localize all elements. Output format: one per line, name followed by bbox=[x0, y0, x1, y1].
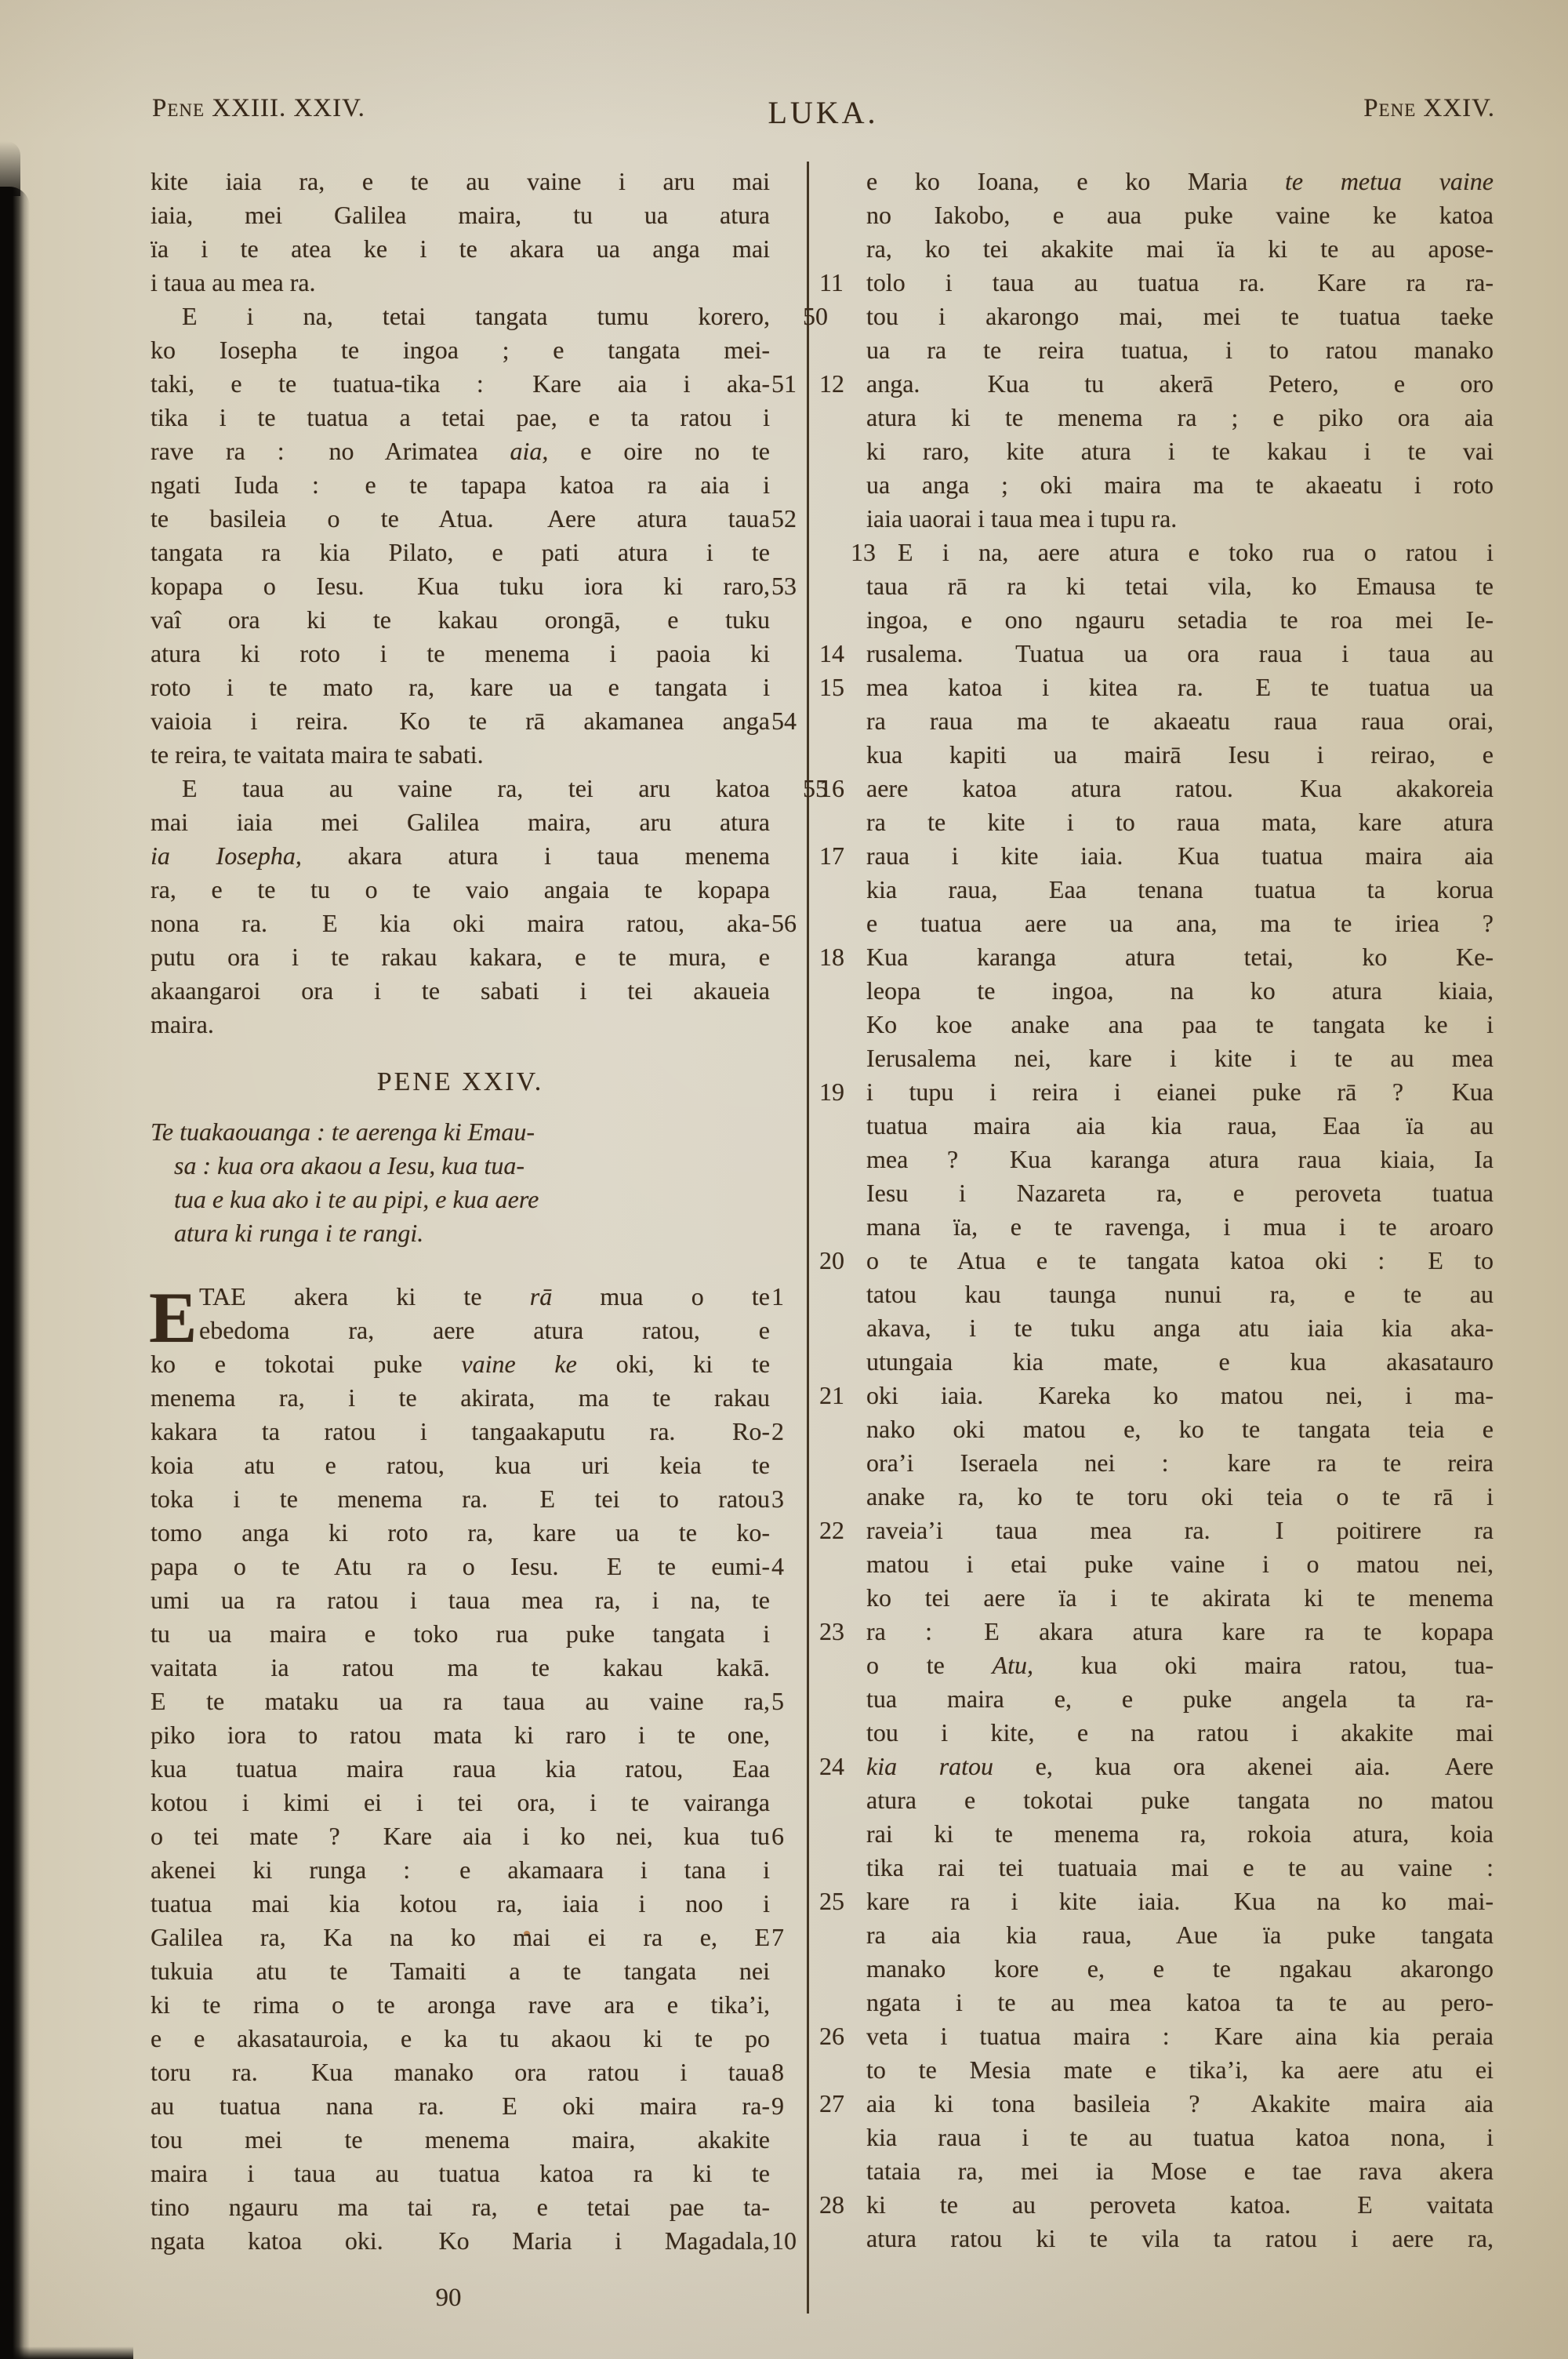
text-run: E te mataku ua ra taua au vaine ra, bbox=[151, 1687, 770, 1715]
text-run: anake ra, ko te toru oki teia o te rā i bbox=[866, 1482, 1494, 1510]
text-line: tukuia atu te Tamaiti a te tangata nei bbox=[151, 1954, 770, 1988]
running-head-left: Pene XXIII. XXIV. bbox=[152, 94, 365, 123]
text-line: raua i kite iaia. Kua tuatua maira aia17 bbox=[866, 839, 1494, 873]
text-line: Iesu i Nazareta ra, e peroveta tuatua bbox=[866, 1176, 1494, 1210]
text-run: matou i etai puke vaine i o matou nei, bbox=[866, 1550, 1494, 1578]
text-run: tika i te tuatua a tetai pae, e ta ratou… bbox=[151, 403, 770, 431]
text-line: putu ora i te rakau kakara, e te mura, e bbox=[151, 940, 770, 974]
text-line: tou i akarongo mai, mei te tuatua taeke bbox=[866, 300, 1494, 333]
text-line: te reira, te vaitata maira te sabati. bbox=[151, 738, 770, 772]
text-line: ingoa, e ono ngauru setadia te roa mei I… bbox=[866, 603, 1494, 637]
text-line: ngati Iuda : e te tapapa katoa ra aia i bbox=[151, 468, 770, 502]
text-run: kare ra i kite iaia. Kua na ko mai- bbox=[866, 1887, 1494, 1915]
text-run: atura ki roto i te menema i paoia ki bbox=[151, 639, 770, 667]
text-line: kopapa o Iesu. Kua tuku iora ki raro,53 bbox=[151, 569, 770, 603]
text-run: kotou i kimi ei i tei ora, i te vairanga bbox=[151, 1788, 770, 1816]
text-line: ngata i te au mea katoa ta te au pero- bbox=[866, 1986, 1494, 2019]
verse-number: 51 bbox=[771, 367, 803, 401]
text-run: tangata ra kia Pilato, e pati atura i te bbox=[151, 538, 770, 566]
verse-number: 13 bbox=[819, 536, 860, 569]
text-line: no Iakobo, e aua puke vaine ke katoa bbox=[866, 198, 1494, 232]
verse-number: 22 bbox=[819, 1514, 860, 1547]
text-run: E taua au vaine ra, tei aru katoa bbox=[182, 774, 770, 802]
text-line: o te Atua e te tangata katoa oki : E to2… bbox=[866, 1244, 1494, 1278]
text-line: Ierusalema nei, kare i kite i te au mea bbox=[866, 1041, 1494, 1075]
text-line: aere katoa atura ratou. Kua akakoreia16 bbox=[866, 772, 1494, 805]
text-run: ra, ko tei akakite mai ïa ki te au apose… bbox=[866, 234, 1494, 263]
text-line: nona ra. E kia oki maira ratou, aka-56 bbox=[151, 907, 770, 940]
text-run: e, kua ora akenei aia. Aere bbox=[993, 1752, 1494, 1780]
text-line: au tuatua nana ra. E oki maira ra-9 bbox=[151, 2089, 770, 2123]
verse-number: 14 bbox=[819, 637, 860, 671]
text-line: tangata ra kia Pilato, e pati atura i te bbox=[151, 536, 770, 569]
text-run: toka i te menema ra. E tei to ratou bbox=[151, 1485, 770, 1513]
text-line: matou i etai puke vaine i o matou nei, bbox=[866, 1547, 1494, 1581]
text-run: Ko koe anake ana paa te tangata ke i bbox=[866, 1010, 1494, 1038]
text-run: o te bbox=[866, 1651, 993, 1679]
text-line: mana ïa, e te ravenga, i mua i te aroaro bbox=[866, 1210, 1494, 1244]
chapter-heading: PENE XXIV. bbox=[151, 1065, 770, 1100]
text-run: kakara ta ratou i tangaakaputu ra. Ro- bbox=[151, 1417, 770, 1445]
italic-run: te metua vaine bbox=[1285, 167, 1494, 195]
text-run: kua tuatua maira raua kia ratou, Eaa bbox=[151, 1754, 770, 1783]
text-line: ebedoma ra, aere atura ratou, e bbox=[151, 1314, 770, 1347]
text-run: tatou kau taunga nunui ra, e te au bbox=[866, 1280, 1494, 1308]
text-run: i tupu i reira i eianei puke rā ? Kua bbox=[866, 1078, 1494, 1106]
verse-number: 8 bbox=[771, 2055, 803, 2089]
text-line: kia raua, Eaa tenana tuatua ta korua bbox=[866, 873, 1494, 907]
text-run: kia raua i te au tuatua katoa nona, i bbox=[866, 2123, 1494, 2151]
text-run: te basileia o te Atua. Aere atura taua bbox=[151, 504, 770, 533]
text-run: Kua karanga atura tetai, ko Ke- bbox=[866, 943, 1494, 971]
text-run: ra, e te tu o te vaio angaia te kopapa bbox=[151, 875, 770, 903]
verse-number: 17 bbox=[819, 839, 860, 873]
text-run: atura e tokotai puke tangata no matou bbox=[866, 1786, 1494, 1814]
text-run: vaitata ia ratou ma te kakau kakā. bbox=[151, 1653, 770, 1681]
text-run: mea ? Kua karanga atura raua kiaia, Ia bbox=[866, 1145, 1494, 1173]
text-line: kotou i kimi ei i tei ora, i te vairanga bbox=[151, 1786, 770, 1819]
text-line: toru ra. Kua manako ora ratou i taua8 bbox=[151, 2055, 770, 2089]
text-line: atura ki te menema ra ; e piko ora aia bbox=[866, 401, 1494, 434]
running-head-title: LUKA. bbox=[674, 94, 972, 131]
text-run: kite iaia ra, e te au vaine i aru mai bbox=[151, 167, 770, 195]
text-line: ra : E akara atura kare ra te kopapa23 bbox=[866, 1615, 1494, 1648]
text-line: ra raua ma te akaeatu raua raua orai, bbox=[866, 704, 1494, 738]
text-line: ora’i Iseraela nei : kare ra te reira bbox=[866, 1446, 1494, 1480]
italic-run: vaine ke bbox=[461, 1350, 576, 1378]
text-line: atura ki roto i te menema i paoia ki bbox=[151, 637, 770, 671]
text-line: Kua karanga atura tetai, ko Ke-18 bbox=[866, 940, 1494, 974]
text-line: kia ratou e, kua ora akenei aia. Aere24 bbox=[866, 1750, 1494, 1783]
chapter-summary-line: atura ki runga i te rangi. bbox=[151, 1216, 770, 1250]
text-run: tukuia atu te Tamaiti a te tangata nei bbox=[151, 1957, 770, 1985]
left-text-column: kite iaia ra, e te au vaine i aru maiiai… bbox=[151, 165, 770, 2258]
text-run: manako kore e, e te ngakau akarongo bbox=[866, 1954, 1494, 1983]
text-line: mai iaia mei Galilea maira, aru atura bbox=[151, 805, 770, 839]
text-line: menema ra, i te akirata, ma te rakau bbox=[151, 1381, 770, 1415]
text-line: piko iora to ratou mata ki raro i te one… bbox=[151, 1718, 770, 1752]
text-run: Iesu i Nazareta ra, e peroveta tuatua bbox=[866, 1179, 1494, 1207]
text-line: taki, e te tuatua-tika : Kare aia i aka-… bbox=[151, 367, 770, 401]
text-run: ra raua ma te akaeatu raua raua orai, bbox=[866, 707, 1494, 735]
text-run: i taua au mea ra. bbox=[151, 268, 316, 296]
text-line: kua kapiti ua mairā Iesu i reirao, e bbox=[866, 738, 1494, 772]
verse-number: 18 bbox=[819, 940, 860, 974]
text-line: tino ngauru ma tai ra, e tetai pae ta- bbox=[151, 2190, 770, 2224]
italic-run: ia Iosepha, bbox=[151, 841, 302, 870]
text-line: ki te au peroveta katoa. E vaitata28 bbox=[866, 2188, 1494, 2222]
text-run: ki raro, kite atura i te kakau i te vai bbox=[866, 437, 1494, 465]
text-line: koia atu e ratou, kua uri keia te bbox=[151, 1448, 770, 1482]
text-run: maira i taua au tuatua katoa ra ki te bbox=[151, 2159, 770, 2187]
text-run: tomo anga ki roto ra, kare ua te ko- bbox=[151, 1518, 770, 1547]
verse-number: 3 bbox=[771, 1482, 803, 1516]
italic-run: rā bbox=[530, 1282, 552, 1310]
verse-number: 2 bbox=[771, 1415, 803, 1448]
text-run: tua maira e, e puke angela ta ra- bbox=[866, 1685, 1494, 1713]
text-run: vaî ora ki te kakau orongā, e tuku bbox=[151, 605, 770, 634]
text-run: atura ki te menema ra ; e piko ora aia bbox=[866, 403, 1494, 431]
chapter-summary-line: Te tuakaouanga : te aerenga ki Emau- bbox=[151, 1115, 770, 1149]
text-run: ra : E akara atura kare ra te kopapa bbox=[866, 1617, 1494, 1645]
text-run: iaia uaorai i taua mea i tupu ra. bbox=[866, 504, 1177, 533]
text-line: vaioia i reira. Ko te rā akamanea anga54 bbox=[151, 704, 770, 738]
text-run: ua ra te reira tuatua, i to ratou manako bbox=[866, 336, 1494, 364]
verse-number: 5 bbox=[771, 1685, 803, 1718]
text-line: maira. bbox=[151, 1008, 770, 1041]
text-run: ko e tokotai puke bbox=[151, 1350, 461, 1378]
text-line: vaî ora ki te kakau orongā, e tuku bbox=[151, 603, 770, 637]
text-line: oki iaia. Kareka ko matou nei, i ma-21 bbox=[866, 1379, 1494, 1412]
text-run: e ko Ioana, e ko Maria bbox=[866, 167, 1285, 195]
text-run: taki, e te tuatua-tika : Kare aia i aka- bbox=[151, 369, 770, 398]
text-run: koia atu e ratou, kua uri keia te bbox=[151, 1451, 770, 1479]
text-run: au tuatua nana ra. E oki maira ra- bbox=[151, 2092, 770, 2120]
text-line: vaitata ia ratou ma te kakau kakā. bbox=[151, 1651, 770, 1685]
text-line: kare ra i kite iaia. Kua na ko mai-25 bbox=[866, 1885, 1494, 1918]
text-run: veta i tuatua maira : Kare aina kia pera… bbox=[866, 2022, 1494, 2050]
text-run: maira. bbox=[151, 1010, 214, 1038]
text-run: e oire no te bbox=[548, 437, 770, 465]
text-line: tolo i taua au tuatua ra. Kare ra ra-11 bbox=[866, 266, 1494, 300]
text-line: rave ra : no Arimatea aia, e oire no te bbox=[151, 434, 770, 468]
text-line: Galilea ra, Ka na ko mai ei ra e, E7 bbox=[151, 1921, 770, 1954]
text-line: akava, i te tuku anga atu iaia kia aka- bbox=[866, 1311, 1494, 1345]
text-line: taua rā ra ki tetai vila, ko Emausa te bbox=[866, 569, 1494, 603]
text-line: ngata katoa oki. Ko Maria i Magadala,10 bbox=[151, 2224, 770, 2258]
text-line: toka i te menema ra. E tei to ratou3 bbox=[151, 1482, 770, 1516]
text-line: aia ki tona basileia ? Akakite maira aia… bbox=[866, 2087, 1494, 2121]
text-line: E i na, aere atura e toko rua o ratou i1… bbox=[866, 536, 1494, 569]
text-run: mana ïa, e te ravenga, i mua i te aroaro bbox=[866, 1212, 1494, 1241]
verse-number: 50 bbox=[771, 300, 803, 333]
verse-number: 56 bbox=[771, 907, 803, 940]
text-run: akava, i te tuku anga atu iaia kia aka- bbox=[866, 1314, 1494, 1342]
text-line: raveia’i taua mea ra. I poitirere ra22 bbox=[866, 1514, 1494, 1547]
text-run: rusalema. Tuatua ua ora raua i taua au bbox=[866, 639, 1494, 667]
chapter-summary-line: tua e kua ako i te au pipi, e kua aere bbox=[151, 1183, 770, 1216]
text-run: o te Atua e te tangata katoa oki : E to bbox=[866, 1246, 1494, 1274]
text-line: tou i kite, e na ratou i akakite mai bbox=[866, 1716, 1494, 1750]
verse-number: 6 bbox=[771, 1819, 803, 1853]
text-run: anga. Kua tu akerā Petero, e oro bbox=[866, 369, 1494, 398]
text-line: anake ra, ko te toru oki teia o te rā i bbox=[866, 1480, 1494, 1514]
text-run: ua anga ; oki maira ma te akaeatu i roto bbox=[866, 471, 1494, 499]
text-line: kakara ta ratou i tangaakaputu ra. Ro-2 bbox=[151, 1415, 770, 1448]
text-run: ra te kite i to raua mata, kare atura bbox=[866, 808, 1494, 836]
text-run: o tei mate ? Kare aia i ko nei, kua tu bbox=[151, 1822, 770, 1850]
text-line: rusalema. Tuatua ua ora raua i taua au14 bbox=[866, 637, 1494, 671]
text-run: e e akasatauroia, e ka tu akaou ki te po bbox=[151, 2024, 770, 2052]
text-run: kia raua, Eaa tenana tuatua ta korua bbox=[866, 875, 1494, 903]
text-run: nona ra. E kia oki maira ratou, aka- bbox=[151, 909, 770, 937]
text-run: ko tei aere ïa i te akirata ki te menema bbox=[866, 1583, 1494, 1612]
text-line: iaia, mei Galilea maira, tu ua atura bbox=[151, 198, 770, 232]
text-run: iaia, mei Galilea maira, tu ua atura bbox=[151, 201, 770, 229]
text-run: mua o te bbox=[552, 1282, 770, 1310]
text-line: ra, e te tu o te vaio angaia te kopapa bbox=[151, 873, 770, 907]
text-run: tolo i taua au tuatua ra. Kare ra ra- bbox=[866, 268, 1494, 296]
verse-number: 25 bbox=[819, 1885, 860, 1918]
text-line: tataia ra, mei ia Mose e tae rava akera bbox=[866, 2154, 1494, 2188]
text-line: tomo anga ki roto ra, kare ua te ko- bbox=[151, 1516, 770, 1550]
text-run: tuatua mai kia kotou ra, iaia i noo i bbox=[151, 1889, 770, 1917]
text-line: ra aia kia raua, Aue ïa puke tangata bbox=[866, 1918, 1494, 1952]
text-line: e e akasatauroia, e ka tu akaou ki te po bbox=[151, 2022, 770, 2055]
text-run: raveia’i taua mea ra. I poitirere ra bbox=[866, 1516, 1494, 1544]
spacer bbox=[151, 1250, 770, 1280]
verse-number: 28 bbox=[819, 2188, 860, 2222]
text-line: o te Atu, kua oki maira ratou, tua- bbox=[866, 1648, 1494, 1682]
text-run: tino ngauru ma tai ra, e tetai pae ta- bbox=[151, 2193, 770, 2221]
text-line: atura ratou ki te vila ta ratou i aere r… bbox=[866, 2222, 1494, 2255]
text-run: e tuatua aere ua ana, ma te iriea ? bbox=[866, 909, 1494, 937]
text-line: nako oki matou e, ko te tangata teia e bbox=[866, 1412, 1494, 1446]
text-run: tu ua maira e toko rua puke tangata i bbox=[151, 1619, 770, 1648]
text-run: ingoa, e ono ngauru setadia te roa mei I… bbox=[866, 605, 1494, 634]
text-run: ebedoma ra, aere atura ratou, e bbox=[199, 1316, 770, 1344]
text-line: ki te rima o te aronga rave ara e tika’i… bbox=[151, 1988, 770, 2022]
text-run: ra aia kia raua, Aue ïa puke tangata bbox=[866, 1921, 1494, 1949]
text-line: anga. Kua tu akerā Petero, e oro12 bbox=[866, 367, 1494, 401]
text-run: utungaia kia mate, e kua akasatauro bbox=[866, 1347, 1494, 1376]
text-line: maira i taua au tuatua katoa ra ki te bbox=[151, 2157, 770, 2190]
text-run: kopapa o Iesu. Kua tuku iora ki raro, bbox=[151, 572, 770, 600]
text-line: iaia uaorai i taua mea i tupu ra. bbox=[866, 502, 1494, 536]
text-line: leopa te ingoa, na ko atura kiaia, bbox=[866, 974, 1494, 1008]
text-line: o tei mate ? Kare aia i ko nei, kua tu6 bbox=[151, 1819, 770, 1853]
text-run: ngata katoa oki. Ko Maria i Magadala, bbox=[151, 2226, 770, 2255]
running-head-right: Pene XXIV. bbox=[1250, 94, 1495, 123]
verse-number: 23 bbox=[819, 1615, 860, 1648]
text-line: tou mei te menema maira, akakite bbox=[151, 2123, 770, 2157]
page-number: 90 bbox=[386, 2284, 511, 2313]
text-line: ki raro, kite atura i te kakau i te vai bbox=[866, 434, 1494, 468]
text-line: ra te kite i to raua mata, kare atura bbox=[866, 805, 1494, 839]
italic-run: aia, bbox=[510, 437, 549, 465]
text-line: ko tei aere ïa i te akirata ki te menema bbox=[866, 1581, 1494, 1615]
scanned-book-page: { "colors": { "paper": "#d8d1bd", "ink":… bbox=[0, 0, 1568, 2359]
text-line: to te Mesia mate e tika’i, ka aere atu e… bbox=[866, 2053, 1494, 2087]
text-run: tika rai tei tuatuaia mai e te au vaine … bbox=[866, 1853, 1494, 1881]
text-run: ngati Iuda : e te tapapa katoa ra aia i bbox=[151, 471, 770, 499]
verse-number: 55 bbox=[771, 772, 803, 805]
text-line: manako kore e, e te ngakau akarongo bbox=[866, 1952, 1494, 1986]
text-run: putu ora i te rakau kakara, e te mura, e bbox=[151, 943, 770, 971]
text-line: ra, ko tei akakite mai ïa ki te au apose… bbox=[866, 232, 1494, 266]
text-line: tika i te tuatua a tetai pae, e ta ratou… bbox=[151, 401, 770, 434]
text-line: roto i te mato ra, kare ua e tangata i bbox=[151, 671, 770, 704]
text-run: atura ratou ki te vila ta ratou i aere r… bbox=[866, 2224, 1494, 2252]
text-run: ngata i te au mea katoa ta te au pero- bbox=[866, 1988, 1494, 2016]
text-run: rai ki te menema ra, rokoia atura, koia bbox=[866, 1819, 1494, 1848]
text-line: tu ua maira e toko rua puke tangata i bbox=[151, 1617, 770, 1651]
text-line: kia raua i te au tuatua katoa nona, i bbox=[866, 2121, 1494, 2154]
chapter-summary-line: sa : kua ora akaou a Iesu, kua tua- bbox=[151, 1149, 770, 1183]
text-run: no Iakobo, e aua puke vaine ke katoa bbox=[866, 201, 1494, 229]
text-run: tou i akarongo mai, mei te tuatua taeke bbox=[866, 302, 1494, 330]
text-line: ua ra te reira tuatua, i to ratou manako bbox=[866, 333, 1494, 367]
text-line: ko Iosepha te ingoa ; e tangata mei- bbox=[151, 333, 770, 367]
text-run: aere katoa atura ratou. Kua akakoreia bbox=[866, 774, 1494, 802]
text-line: ïa i te atea ke i te akara ua anga mai bbox=[151, 232, 770, 266]
text-line: akaangaroi ora i te sabati i tei akaueia bbox=[151, 974, 770, 1008]
text-line: E taua au vaine ra, tei aru katoa55 bbox=[151, 772, 770, 805]
text-run: to te Mesia mate e tika’i, ka aere atu e… bbox=[866, 2055, 1494, 2084]
text-run: piko iora to ratou mata ki raro i te one… bbox=[151, 1721, 770, 1749]
text-run: E i na, tetai tangata tumu korero, bbox=[182, 302, 770, 330]
text-run: akara atura i taua menema bbox=[302, 841, 770, 870]
text-run: kua kapiti ua mairā Iesu i reirao, e bbox=[866, 740, 1494, 769]
text-run: umi ua ra ratou i taua mea ra, i na, te bbox=[151, 1586, 770, 1614]
text-run: kua oki maira ratou, tua- bbox=[1033, 1651, 1494, 1679]
text-run: raua i kite iaia. Kua tuatua maira aia bbox=[866, 841, 1494, 870]
text-run: ïa i te atea ke i te akara ua anga mai bbox=[151, 234, 770, 263]
verse-number: 7 bbox=[771, 1921, 803, 1954]
text-line: tuatua mai kia kotou ra, iaia i noo i bbox=[151, 1887, 770, 1921]
text-line: tika rai tei tuatuaia mai e te au vaine … bbox=[866, 1851, 1494, 1885]
right-text-column: e ko Ioana, e ko Maria te metua vaineno … bbox=[866, 165, 1494, 2255]
text-line: TAE akera ki te rā mua o te1 bbox=[151, 1280, 770, 1314]
text-run: ko Iosepha te ingoa ; e tangata mei- bbox=[151, 336, 770, 364]
text-run: te reira, te vaitata maira te sabati. bbox=[151, 740, 484, 769]
text-line: veta i tuatua maira : Kare aina kia pera… bbox=[866, 2019, 1494, 2053]
text-line: tatou kau taunga nunui ra, e te au bbox=[866, 1278, 1494, 1311]
text-line: mea katoa i kitea ra. E te tuatua ua15 bbox=[866, 671, 1494, 704]
column-divider-rule bbox=[807, 162, 809, 2314]
text-line: e tuatua aere ua ana, ma te iriea ? bbox=[866, 907, 1494, 940]
text-run: leopa te ingoa, na ko atura kiaia, bbox=[866, 976, 1494, 1005]
text-line: akenei ki runga : e akamaara i tana i bbox=[151, 1853, 770, 1887]
text-line: ia Iosepha, akara atura i taua menema bbox=[151, 839, 770, 873]
text-line: tua maira e, e puke angela ta ra- bbox=[866, 1682, 1494, 1716]
italic-run: kia ratou bbox=[866, 1752, 993, 1780]
text-run: E i na, aere atura e toko rua o ratou i bbox=[898, 538, 1494, 566]
text-run: ora’i Iseraela nei : kare ra te reira bbox=[866, 1448, 1494, 1477]
verse-number: 21 bbox=[819, 1379, 860, 1412]
text-line: e ko Ioana, e ko Maria te metua vaine bbox=[866, 165, 1494, 198]
verse-number: 54 bbox=[771, 704, 803, 738]
text-run: TAE akera ki te bbox=[199, 1282, 530, 1310]
text-run: menema ra, i te akirata, ma te rakau bbox=[151, 1383, 770, 1412]
text-run: vaioia i reira. Ko te rā akamanea anga bbox=[151, 707, 770, 735]
verse-number: 26 bbox=[819, 2019, 860, 2053]
text-line: umi ua ra ratou i taua mea ra, i na, te bbox=[151, 1583, 770, 1617]
verse-number: 16 bbox=[819, 772, 860, 805]
text-run: papa o te Atu ra o Iesu. E te eumi- bbox=[151, 1552, 770, 1580]
verse-number: 52 bbox=[771, 502, 803, 536]
text-run: ki te au peroveta katoa. E vaitata bbox=[866, 2190, 1494, 2219]
verse-number: 20 bbox=[819, 1244, 860, 1278]
book-gutter-shadow bbox=[0, 187, 30, 2359]
text-line: te basileia o te Atua. Aere atura taua52 bbox=[151, 502, 770, 536]
verse-number: 53 bbox=[771, 569, 803, 603]
text-run: mai iaia mei Galilea maira, aru atura bbox=[151, 808, 770, 836]
verse-number: 12 bbox=[819, 367, 860, 401]
text-line: E i na, tetai tangata tumu korero,50 bbox=[151, 300, 770, 333]
text-run: toru ra. Kua manako ora ratou i taua bbox=[151, 2058, 770, 2086]
verse-number: 11 bbox=[819, 266, 860, 300]
text-run: oki, ki te bbox=[577, 1350, 770, 1378]
italic-run: Atu, bbox=[993, 1651, 1033, 1679]
photo-edge-bottom-left bbox=[0, 2346, 133, 2359]
text-run: Ierusalema nei, kare i kite i te au mea bbox=[866, 1044, 1494, 1072]
verse-number: 1 bbox=[771, 1280, 803, 1314]
verse-number: 24 bbox=[819, 1750, 860, 1783]
text-run: tou mei te menema maira, akakite bbox=[151, 2125, 770, 2154]
text-run: Galilea ra, Ka na ko mai ei ra e, E bbox=[151, 1923, 770, 1951]
text-line: tuatua maira aia kia raua, Eaa ïa au bbox=[866, 1109, 1494, 1143]
text-line: atura e tokotai puke tangata no matou bbox=[866, 1783, 1494, 1817]
text-line: kite iaia ra, e te au vaine i aru mai bbox=[151, 165, 770, 198]
text-line: papa o te Atu ra o Iesu. E te eumi-4 bbox=[151, 1550, 770, 1583]
text-line: rai ki te menema ra, rokoia atura, koia bbox=[866, 1817, 1494, 1851]
text-line: ko e tokotai puke vaine ke oki, ki te bbox=[151, 1347, 770, 1381]
text-line: E te mataku ua ra taua au vaine ra,5 bbox=[151, 1685, 770, 1718]
text-run: roto i te mato ra, kare ua e tangata i bbox=[151, 673, 770, 701]
text-line: i taua au mea ra. bbox=[151, 266, 770, 300]
text-run: tataia ra, mei ia Mose e tae rava akera bbox=[866, 2157, 1494, 2185]
verse-number: 27 bbox=[819, 2087, 860, 2121]
text-run: aia ki tona basileia ? Akakite maira aia bbox=[866, 2089, 1494, 2117]
text-run: akenei ki runga : e akamaara i tana i bbox=[151, 1856, 770, 1884]
text-line: i tupu i reira i eianei puke rā ? Kua19 bbox=[866, 1075, 1494, 1109]
verse-number: 10 bbox=[771, 2224, 803, 2258]
text-line: Ko koe anake ana paa te tangata ke i bbox=[866, 1008, 1494, 1041]
text-line: ua anga ; oki maira ma te akaeatu i roto bbox=[866, 468, 1494, 502]
text-run: rave ra : no Arimatea bbox=[151, 437, 510, 465]
text-run: ki te rima o te aronga rave ara e tika’i… bbox=[151, 1990, 770, 2019]
text-run: tuatua maira aia kia raua, Eaa ïa au bbox=[866, 1111, 1494, 1140]
text-run: oki iaia. Kareka ko matou nei, i ma- bbox=[866, 1381, 1494, 1409]
text-run: akaangaroi ora i te sabati i tei akaueia bbox=[151, 976, 770, 1005]
text-run: taua rā ra ki tetai vila, ko Emausa te bbox=[866, 572, 1494, 600]
text-run: tou i kite, e na ratou i akakite mai bbox=[866, 1718, 1494, 1747]
text-line: mea ? Kua karanga atura raua kiaia, Ia bbox=[866, 1143, 1494, 1176]
verse-number: 15 bbox=[819, 671, 860, 704]
verse-number: 19 bbox=[819, 1075, 860, 1109]
text-run: mea katoa i kitea ra. E te tuatua ua bbox=[866, 673, 1494, 701]
verse-number: 4 bbox=[771, 1550, 803, 1583]
text-line: kua tuatua maira raua kia ratou, Eaa bbox=[151, 1752, 770, 1786]
text-line: utungaia kia mate, e kua akasatauro bbox=[866, 1345, 1494, 1379]
text-run: nako oki matou e, ko te tangata teia e bbox=[866, 1415, 1494, 1443]
verse-number: 9 bbox=[771, 2089, 803, 2123]
